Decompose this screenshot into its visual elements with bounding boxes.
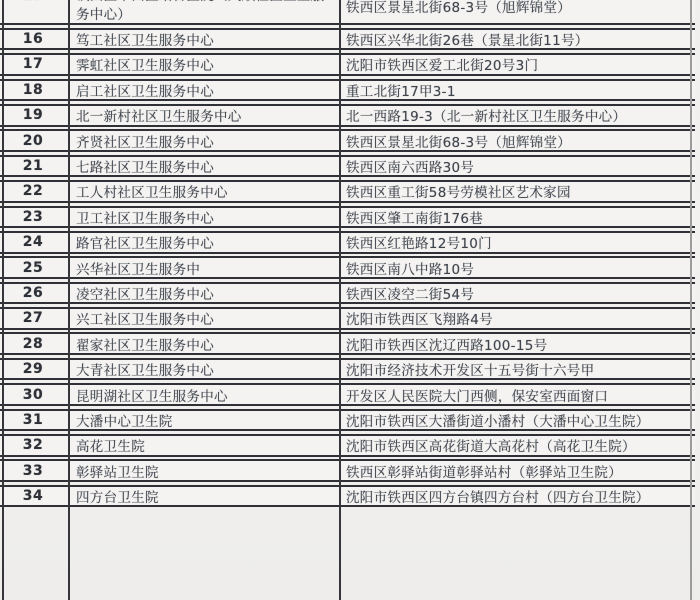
facility-name-cell: 启工社区卫生服务中心 [66,80,337,100]
table-row: 33 彰驿站卫生院 铁西区彰驿站街道彰驿站村（彰驿站卫生院） [0,459,695,482]
facility-name-cell: 四方台卫生院 [66,486,337,506]
table-row: 16 笃工社区卫生服务中心 铁西区兴华北街26巷（景星北街11号） [0,28,695,51]
address-cell: 铁西区重工街58号劳模社区艺术家园 [337,181,695,201]
row-number-cell: 31 [0,412,66,428]
document-photo-page: 15 铁西区中西医结合医院（大顺社区卫生服务中心） 铁西区景星北街68-3号（旭… [0,0,700,600]
address-cell: 开发区人民医院大门西侧，保安室西面窗口 [337,385,695,405]
address-cell: 铁西区肇工南街176巷 [337,207,695,227]
facility-name-cell: 齐贤社区卫生服务中心 [66,131,337,151]
address-cell: 沈阳市铁西区大潘街道小潘村（大潘中心卫生院） [337,410,695,430]
table-right-border [690,0,692,600]
row-number-cell: 15 [0,0,66,6]
address-cell: 铁西区南六西路30号 [337,156,695,176]
address-cell: 铁西区景星北街68-3号（旭辉锦堂） [337,131,695,151]
table-row: 20 齐贤社区卫生服务中心 铁西区景星北街68-3号（旭辉锦堂） [0,129,695,152]
facility-name-cell: 卫工社区卫生服务中心 [66,207,337,227]
facility-name-cell: 路官社区卫生服务中心 [66,232,337,252]
table-row: 17 霁虹社区卫生服务中心 沈阳市铁西区爱工北街20号3门 [0,53,695,76]
facility-name-cell: 笃工社区卫生服务中心 [66,29,337,49]
table-row: 34 四方台卫生院 沈阳市铁西区四方台镇四方台村（四方台卫生院） [0,485,695,508]
row-number-cell: 34 [0,488,66,504]
row-number-cell: 20 [0,133,66,149]
facility-name-cell: 翟家社区卫生服务中心 [66,334,337,354]
row-number-cell: 17 [0,56,66,72]
facility-name-cell: 霁虹社区卫生服务中心 [66,54,337,74]
health-centers-table: 15 铁西区中西医结合医院（大顺社区卫生服务中心） 铁西区景星北街68-3号（旭… [0,0,695,507]
facility-name-cell: 彰驿站卫生院 [66,461,337,481]
facility-name-cell: 高花卫生院 [66,435,337,455]
table-row: 32 高花卫生院 沈阳市铁西区高花街道大高花村（高花卫生院） [0,434,695,457]
row-number-cell: 24 [0,234,66,250]
table-row: 21 七路社区卫生服务中心 铁西区南六西路30号 [0,155,695,178]
address-cell: 沈阳市铁西区高花街道大高花村（高花卫生院） [337,435,695,455]
table-row: 18 启工社区卫生服务中心 重工北街17甲3-1 [0,79,695,102]
table-row: 26 凌空社区卫生服务中心 铁西区凌空二街54号 [0,282,695,305]
address-cell: 铁西区凌空二街54号 [337,283,695,303]
table-row: 29 大青社区卫生服务中心 沈阳市经济技术开发区十五号街十六号甲 [0,358,695,381]
number-column-divider [68,0,70,600]
table-row: 15 铁西区中西医结合医院（大顺社区卫生服务中心） 铁西区景星北街68-3号（旭… [0,0,695,25]
address-cell: 沈阳市铁西区爱工北街20号3门 [337,54,695,74]
table-row: 31 大潘中心卫生院 沈阳市铁西区大潘街道小潘村（大潘中心卫生院） [0,409,695,432]
table-row: 25 兴华社区卫生服务中 铁西区南八中路10号 [0,256,695,279]
facility-name-cell: 工人村社区卫生服务中心 [66,181,337,201]
address-cell: 铁西区红艳路12号10门 [337,232,695,252]
address-cell: 铁西区彰驿站街道彰驿站村（彰驿站卫生院） [337,461,695,481]
facility-name-cell: 铁西区中西医结合医院（大顺社区卫生服务中心） [66,0,337,25]
row-number-cell: 22 [0,183,66,199]
facility-name-cell: 大潘中心卫生院 [66,410,337,430]
table-row: 28 翟家社区卫生服务中心 沈阳市铁西区沈辽西路100-15号 [0,332,695,355]
table-row: 30 昆明湖社区卫生服务中心 开发区人民医院大门西侧，保安室西面窗口 [0,383,695,406]
table-row: 27 兴工社区卫生服务中心 沈阳市铁西区飞翔路4号 [0,307,695,330]
address-cell: 重工北街17甲3-1 [337,80,695,100]
row-number-cell: 26 [0,285,66,301]
row-number-cell: 27 [0,310,66,326]
row-number-cell: 19 [0,107,66,123]
row-number-cell: 18 [0,82,66,98]
address-cell: 铁西区景星北街68-3号（旭辉锦堂） [337,0,695,16]
facility-name-cell: 北一新村社区卫生服务中心 [66,105,337,125]
table-row: 23 卫工社区卫生服务中心 铁西区肇工南街176巷 [0,206,695,229]
table-row: 24 路官社区卫生服务中心 铁西区红艳路12号10门 [0,231,695,254]
row-number-cell: 32 [0,437,66,453]
table-left-border [2,0,4,600]
facility-name-cell: 昆明湖社区卫生服务中心 [66,385,337,405]
row-number-cell: 25 [0,260,66,276]
address-cell: 沈阳市铁西区飞翔路4号 [337,308,695,328]
row-number-cell: 30 [0,387,66,403]
address-cell: 北一西路19-3（北一新村社区卫生服务中心） [337,105,695,125]
facility-name-cell: 大青社区卫生服务中心 [66,359,337,379]
address-cell: 铁西区南八中路10号 [337,258,695,278]
table-row: 19 北一新村社区卫生服务中心 北一西路19-3（北一新村社区卫生服务中心） [0,104,695,127]
row-number-cell: 23 [0,209,66,225]
row-number-cell: 29 [0,361,66,377]
name-address-divider [339,0,341,600]
table-row: 22 工人村社区卫生服务中心 铁西区重工街58号劳模社区艺术家园 [0,180,695,203]
row-number-cell: 28 [0,336,66,352]
address-cell: 沈阳市铁西区沈辽西路100-15号 [337,334,695,354]
facility-name-cell: 兴华社区卫生服务中 [66,258,337,278]
facility-name-cell: 兴工社区卫生服务中心 [66,308,337,328]
address-cell: 沈阳市经济技术开发区十五号街十六号甲 [337,359,695,379]
row-number-cell: 33 [0,463,66,479]
row-number-cell: 16 [0,31,66,47]
facility-name-cell: 七路社区卫生服务中心 [66,156,337,176]
address-cell: 铁西区兴华北街26巷（景星北街11号） [337,29,695,49]
facility-name-cell: 凌空社区卫生服务中心 [66,283,337,303]
address-cell: 沈阳市铁西区四方台镇四方台村（四方台卫生院） [337,486,695,506]
row-number-cell: 21 [0,158,66,174]
